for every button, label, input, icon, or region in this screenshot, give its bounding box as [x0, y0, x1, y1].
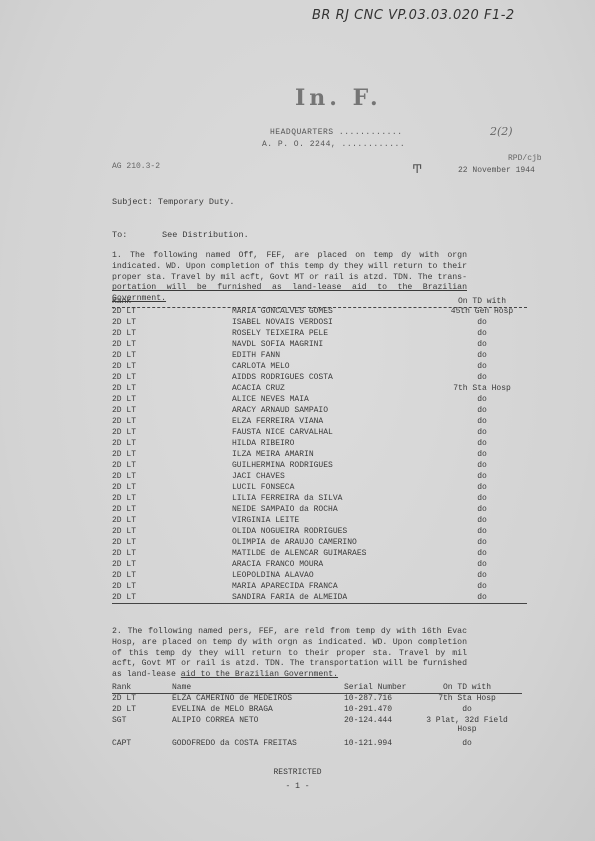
- name-cell: MATILDE de ALENCAR GUIMARAES: [232, 549, 366, 558]
- subject-value: Temporary Duty.: [158, 197, 235, 207]
- attached-cell: 3 Plat, 32d Field Hosp: [422, 716, 512, 734]
- rank-cell: 2D LT: [112, 593, 136, 602]
- serial-cell: 10-291.470: [344, 705, 392, 714]
- rank-cell: 2D LT: [112, 582, 136, 591]
- name-cell: NAVDL SOFIA MAGRINI: [232, 340, 323, 349]
- name-cell: ARACY ARNAUD SAMPAIO: [232, 406, 328, 415]
- name-cell: ALIPIO CORREA NETO: [172, 716, 258, 725]
- name-cell: ROSELY TEIXEIRA PELE: [232, 329, 328, 338]
- name-cell: EVELINA de MELO BRAGA: [172, 705, 273, 714]
- rank-cell: 2D LT: [112, 406, 136, 415]
- name-cell: LILIA FERREIRA da SILVA: [232, 494, 342, 503]
- name-cell: FAUSTA NICE CARVALHAL: [232, 428, 333, 437]
- archive-reference: BR RJ CNC VP.03.03.020 F1-2: [312, 8, 515, 23]
- paragraph-1-text: 1. The following named Off, FEF, are pla…: [112, 251, 467, 282]
- name-cell: GUILHERMINA RODRIGUES: [232, 461, 333, 470]
- name-cell: LEOPOLDINA ALAVAO: [232, 571, 314, 580]
- rank-cell: 2D LT: [112, 417, 136, 426]
- attached-cell: 45th Gen Hosp: [442, 307, 522, 316]
- attached-cell: do: [442, 373, 522, 382]
- rank-cell: 2D LT: [112, 527, 136, 536]
- header-serial: Serial Number: [344, 683, 406, 692]
- headquarters-line2: A. P. O. 2244, ............: [262, 140, 405, 149]
- attached-cell: do: [442, 428, 522, 437]
- serial-cell: 10-287.716: [344, 694, 392, 703]
- initials: RPD/cjb: [508, 154, 542, 163]
- rank-cell: 2D LT: [112, 362, 136, 371]
- paragraph-1: 1. The following named Off, FEF, are pla…: [112, 251, 467, 305]
- attached-cell: do: [442, 406, 522, 415]
- attached-cell: do: [442, 461, 522, 470]
- header-rank: Rank: [112, 683, 131, 692]
- name-cell: MARIA APARECIDA FRANCA: [232, 582, 338, 591]
- name-cell: SANDIRA FARIA de ALMEIDA: [232, 593, 347, 602]
- attached-cell: do: [442, 395, 522, 404]
- serial-cell: 20-124.444: [344, 716, 392, 725]
- header-attached: On TD with: [442, 297, 522, 306]
- attached-cell: do: [442, 516, 522, 525]
- rank-cell: CAPT: [112, 739, 131, 748]
- headquarters-line1: HEADQUARTERS ............: [270, 128, 403, 137]
- classification-footer: RESTRICTED: [0, 768, 595, 777]
- to-value: See Distribution.: [162, 230, 249, 240]
- rank-cell: 2D LT: [112, 439, 136, 448]
- rank-cell: SGT: [112, 716, 126, 725]
- attached-cell: do: [442, 417, 522, 426]
- name-cell: GODOFREDO da COSTA FREITAS: [172, 739, 297, 748]
- attached-cell: do: [442, 582, 522, 591]
- rank-cell: 2D LT: [112, 571, 136, 580]
- rank-cell: 2D LT: [112, 307, 136, 316]
- name-cell: ILZA MEIRA AMARIN: [232, 450, 314, 459]
- rank-cell: 2D LT: [112, 538, 136, 547]
- attached-cell: do: [422, 739, 512, 748]
- rank-cell: 2D LT: [112, 428, 136, 437]
- name-cell: HILDA RIBEIRO: [232, 439, 294, 448]
- attached-cell: do: [442, 494, 522, 503]
- rank-cell: 2D LT: [112, 450, 136, 459]
- paragraph-2: 2. The following named pers, FEF, are re…: [112, 627, 467, 681]
- attached-cell: do: [442, 329, 522, 338]
- name-cell: EDITH FANN: [232, 351, 280, 360]
- name-cell: AIDDS RODRIGUES COSTA: [232, 373, 333, 382]
- to-label: To:: [112, 230, 127, 240]
- header-name: Name: [172, 683, 191, 692]
- name-cell: LUCIL FONSECA: [232, 483, 294, 492]
- name-cell: ALICE NEVES MAIA: [232, 395, 309, 404]
- attached-cell: do: [442, 483, 522, 492]
- rank-cell: 2D LT: [112, 560, 136, 569]
- rank-cell: 2D LT: [112, 318, 136, 327]
- attached-cell: do: [442, 318, 522, 327]
- name-cell: ARACIA FRANCO MOURA: [232, 560, 323, 569]
- name-cell: NEIDE SAMPAIO da ROCHA: [232, 505, 338, 514]
- rank-cell: 2D LT: [112, 373, 136, 382]
- attached-cell: do: [442, 593, 522, 602]
- rank-cell: 2D LT: [112, 516, 136, 525]
- name-cell: JACI CHAVES: [232, 472, 285, 481]
- name-cell: ELZA FERREIRA VIANA: [232, 417, 323, 426]
- name-cell: ELZA CAMERINO de MEDEIROS: [172, 694, 292, 703]
- stamp-mark: In. F.: [295, 85, 382, 111]
- subject-label: Subject:: [112, 197, 153, 207]
- rank-cell: 2D LT: [112, 494, 136, 503]
- rank-cell: 2D LT: [112, 395, 136, 404]
- rank-cell: 2D LT: [112, 461, 136, 470]
- attached-cell: do: [442, 560, 522, 569]
- to-line: To: See Distribution.: [112, 230, 127, 240]
- attached-cell: 7th Sta Hosp: [442, 384, 522, 393]
- attached-cell: do: [442, 340, 522, 349]
- attached-cell: do: [442, 439, 522, 448]
- rank-cell: 2D LT: [112, 351, 136, 360]
- attached-cell: do: [442, 450, 522, 459]
- header-rank: Rank: [112, 297, 131, 306]
- name-cell: VIRGINIA LEITE: [232, 516, 299, 525]
- rank-cell: 2D LT: [112, 549, 136, 558]
- rank-cell: 2D LT: [112, 384, 136, 393]
- table-end-rule: [112, 603, 527, 604]
- name-cell: OLIDA NOGUEIRA RODRIGUES: [232, 527, 347, 536]
- attached-cell: do: [442, 362, 522, 371]
- header-attached: On TD with: [412, 683, 522, 692]
- serial-cell: 10-121.994: [344, 739, 392, 748]
- attached-cell: do: [422, 705, 512, 714]
- rank-cell: 2D LT: [112, 483, 136, 492]
- name-cell: MARIA GONCALVES GOMES: [232, 307, 333, 316]
- name-cell: ISABEL NOVAIS VERDOSI: [232, 318, 333, 327]
- attached-cell: do: [442, 351, 522, 360]
- document-date: 22 November 1944: [458, 166, 535, 175]
- name-cell: ACACIA CRUZ: [232, 384, 285, 393]
- name-cell: OLIMPIA de ARAUJO CAMERINO: [232, 538, 357, 547]
- attached-cell: do: [442, 549, 522, 558]
- file-number: AG 210.3-2: [112, 162, 160, 171]
- rank-cell: 2D LT: [112, 340, 136, 349]
- rank-cell: 2D LT: [112, 472, 136, 481]
- paragraph-2-underlined: aid to the Brazilian Government.: [181, 670, 338, 679]
- rank-cell: 2D LT: [112, 694, 136, 703]
- attached-cell: do: [442, 538, 522, 547]
- paragraph-1-underlined: portation will be furnished as land-leas…: [112, 283, 467, 303]
- page-number: - 1 -: [0, 782, 595, 791]
- subject-line: Subject: Temporary Duty.: [112, 197, 234, 207]
- attached-cell: do: [442, 527, 522, 536]
- handwritten-note: 2(2): [490, 125, 513, 138]
- attached-cell: 7th Sta Hosp: [422, 694, 512, 703]
- rank-cell: 2D LT: [112, 329, 136, 338]
- attached-cell: do: [442, 505, 522, 514]
- rank-cell: 2D LT: [112, 705, 136, 714]
- attached-cell: do: [442, 472, 522, 481]
- name-cell: CARLOTA MELO: [232, 362, 290, 371]
- attached-cell: do: [442, 571, 522, 580]
- margin-mark: Ͳ: [412, 162, 422, 177]
- rank-cell: 2D LT: [112, 505, 136, 514]
- document-page: BR RJ CNC VP.03.03.020 F1-2 In. F. HEADQ…: [0, 0, 595, 841]
